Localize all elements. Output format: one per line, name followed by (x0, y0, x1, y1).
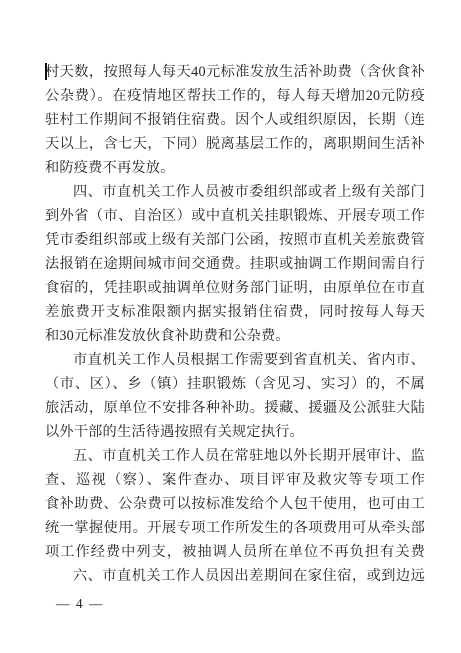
text-line[interactable]: 法报销在途期间城市间交通费。挂职或抽调工作期间需自行安排 (45, 252, 425, 276)
text-line[interactable]: 五、市直机关工作人员在常驻地以外长期开展审计、监督检 (45, 444, 425, 468)
text-line[interactable]: 统一掌握使用。开展专项工作所发生的各项费用可从牵头部门专 (45, 516, 425, 540)
text-line[interactable]: 凭市委组织部或上级有关部门公函，按照市直机关差旅费管理办 (45, 228, 425, 252)
text-line[interactable]: 旅活动，原单位不安排各种补助。援藏、援疆及公派驻大陆地区 (45, 396, 425, 420)
text-line[interactable]: 和30元标准发放伙食补助费和公杂费。 (45, 324, 425, 348)
text-line[interactable]: 以外干部的生活待遇按照有关规定执行。 (45, 420, 425, 444)
paragraph: 四、市直机关工作人员被市委组织部或者上级有关部门抽调 到外省（市、自治区）或中直… (45, 180, 425, 348)
text-line[interactable]: 到外省（市、自治区）或中直机关挂职锻炼、开展专项工作的， (45, 204, 425, 228)
text-line[interactable]: 食宿的，凭挂职或抽调单位财务部门证明，由原单位在市直机关 (45, 276, 425, 300)
text-line[interactable]: 驻村工作期间不报销住宿费。因个人或组织原因，长期（连续7 (45, 108, 425, 132)
text-line[interactable]: （市、区）、乡（镇）挂职锻炼（含见习、实习）的，不属于差 (45, 372, 425, 396)
paragraph: 市直机关工作人员根据工作需要到省直机关、省内市、县 （市、区）、乡（镇）挂职锻炼… (45, 348, 425, 444)
text-line[interactable]: 项工作经费中列支，被抽调人员所在单位不再负担有关费用。 (45, 540, 425, 564)
text-line[interactable]: 食补助费、公杂费可以按标准发给个人包干使用，也可由工作组 (45, 492, 425, 516)
text-line[interactable]: 四、市直机关工作人员被市委组织部或者上级有关部门抽调 (45, 180, 425, 204)
page-number: — 4 — (56, 594, 104, 614)
text-line[interactable]: 差旅费开支标准限额内据实报销住宿费，同时按每人每天100元 (45, 300, 425, 324)
document-page: 村天数，按照每人每天40元标准发放生活补助费（含伙食补助和 公杂费）。在疫情地区… (0, 0, 461, 653)
paragraph: 五、市直机关工作人员在常驻地以外长期开展审计、监督检 查、巡视（察）、案件查办、… (45, 444, 425, 564)
text-line[interactable]: 村天数，按照每人每天40元标准发放生活补助费（含伙食补助和 (45, 60, 425, 84)
text-line[interactable]: 公杂费）。在疫情地区帮扶工作的，每人每天增加20元防疫费。 (45, 84, 425, 108)
text-line[interactable]: 天以上，含七天，下同）脱离基层工作的，离职期间生活补助费 (45, 132, 425, 156)
text-line[interactable]: 和防疫费不再发放。 (45, 156, 425, 180)
text-line[interactable]: 市直机关工作人员根据工作需要到省直机关、省内市、县 (45, 348, 425, 372)
text-line[interactable]: 六、市直机关工作人员因出差期间在家住宿，或到边远地区 (45, 564, 425, 588)
paragraph: 村天数，按照每人每天40元标准发放生活补助费（含伙食补助和 公杂费）。在疫情地区… (45, 60, 425, 180)
document-text-block[interactable]: 村天数，按照每人每天40元标准发放生活补助费（含伙食补助和 公杂费）。在疫情地区… (45, 60, 425, 588)
paragraph: 六、市直机关工作人员因出差期间在家住宿，或到边远地区 (45, 564, 425, 588)
text-line[interactable]: 查、巡视（察）、案件查办、项目评审及救灾等专项工作的，伙 (45, 468, 425, 492)
